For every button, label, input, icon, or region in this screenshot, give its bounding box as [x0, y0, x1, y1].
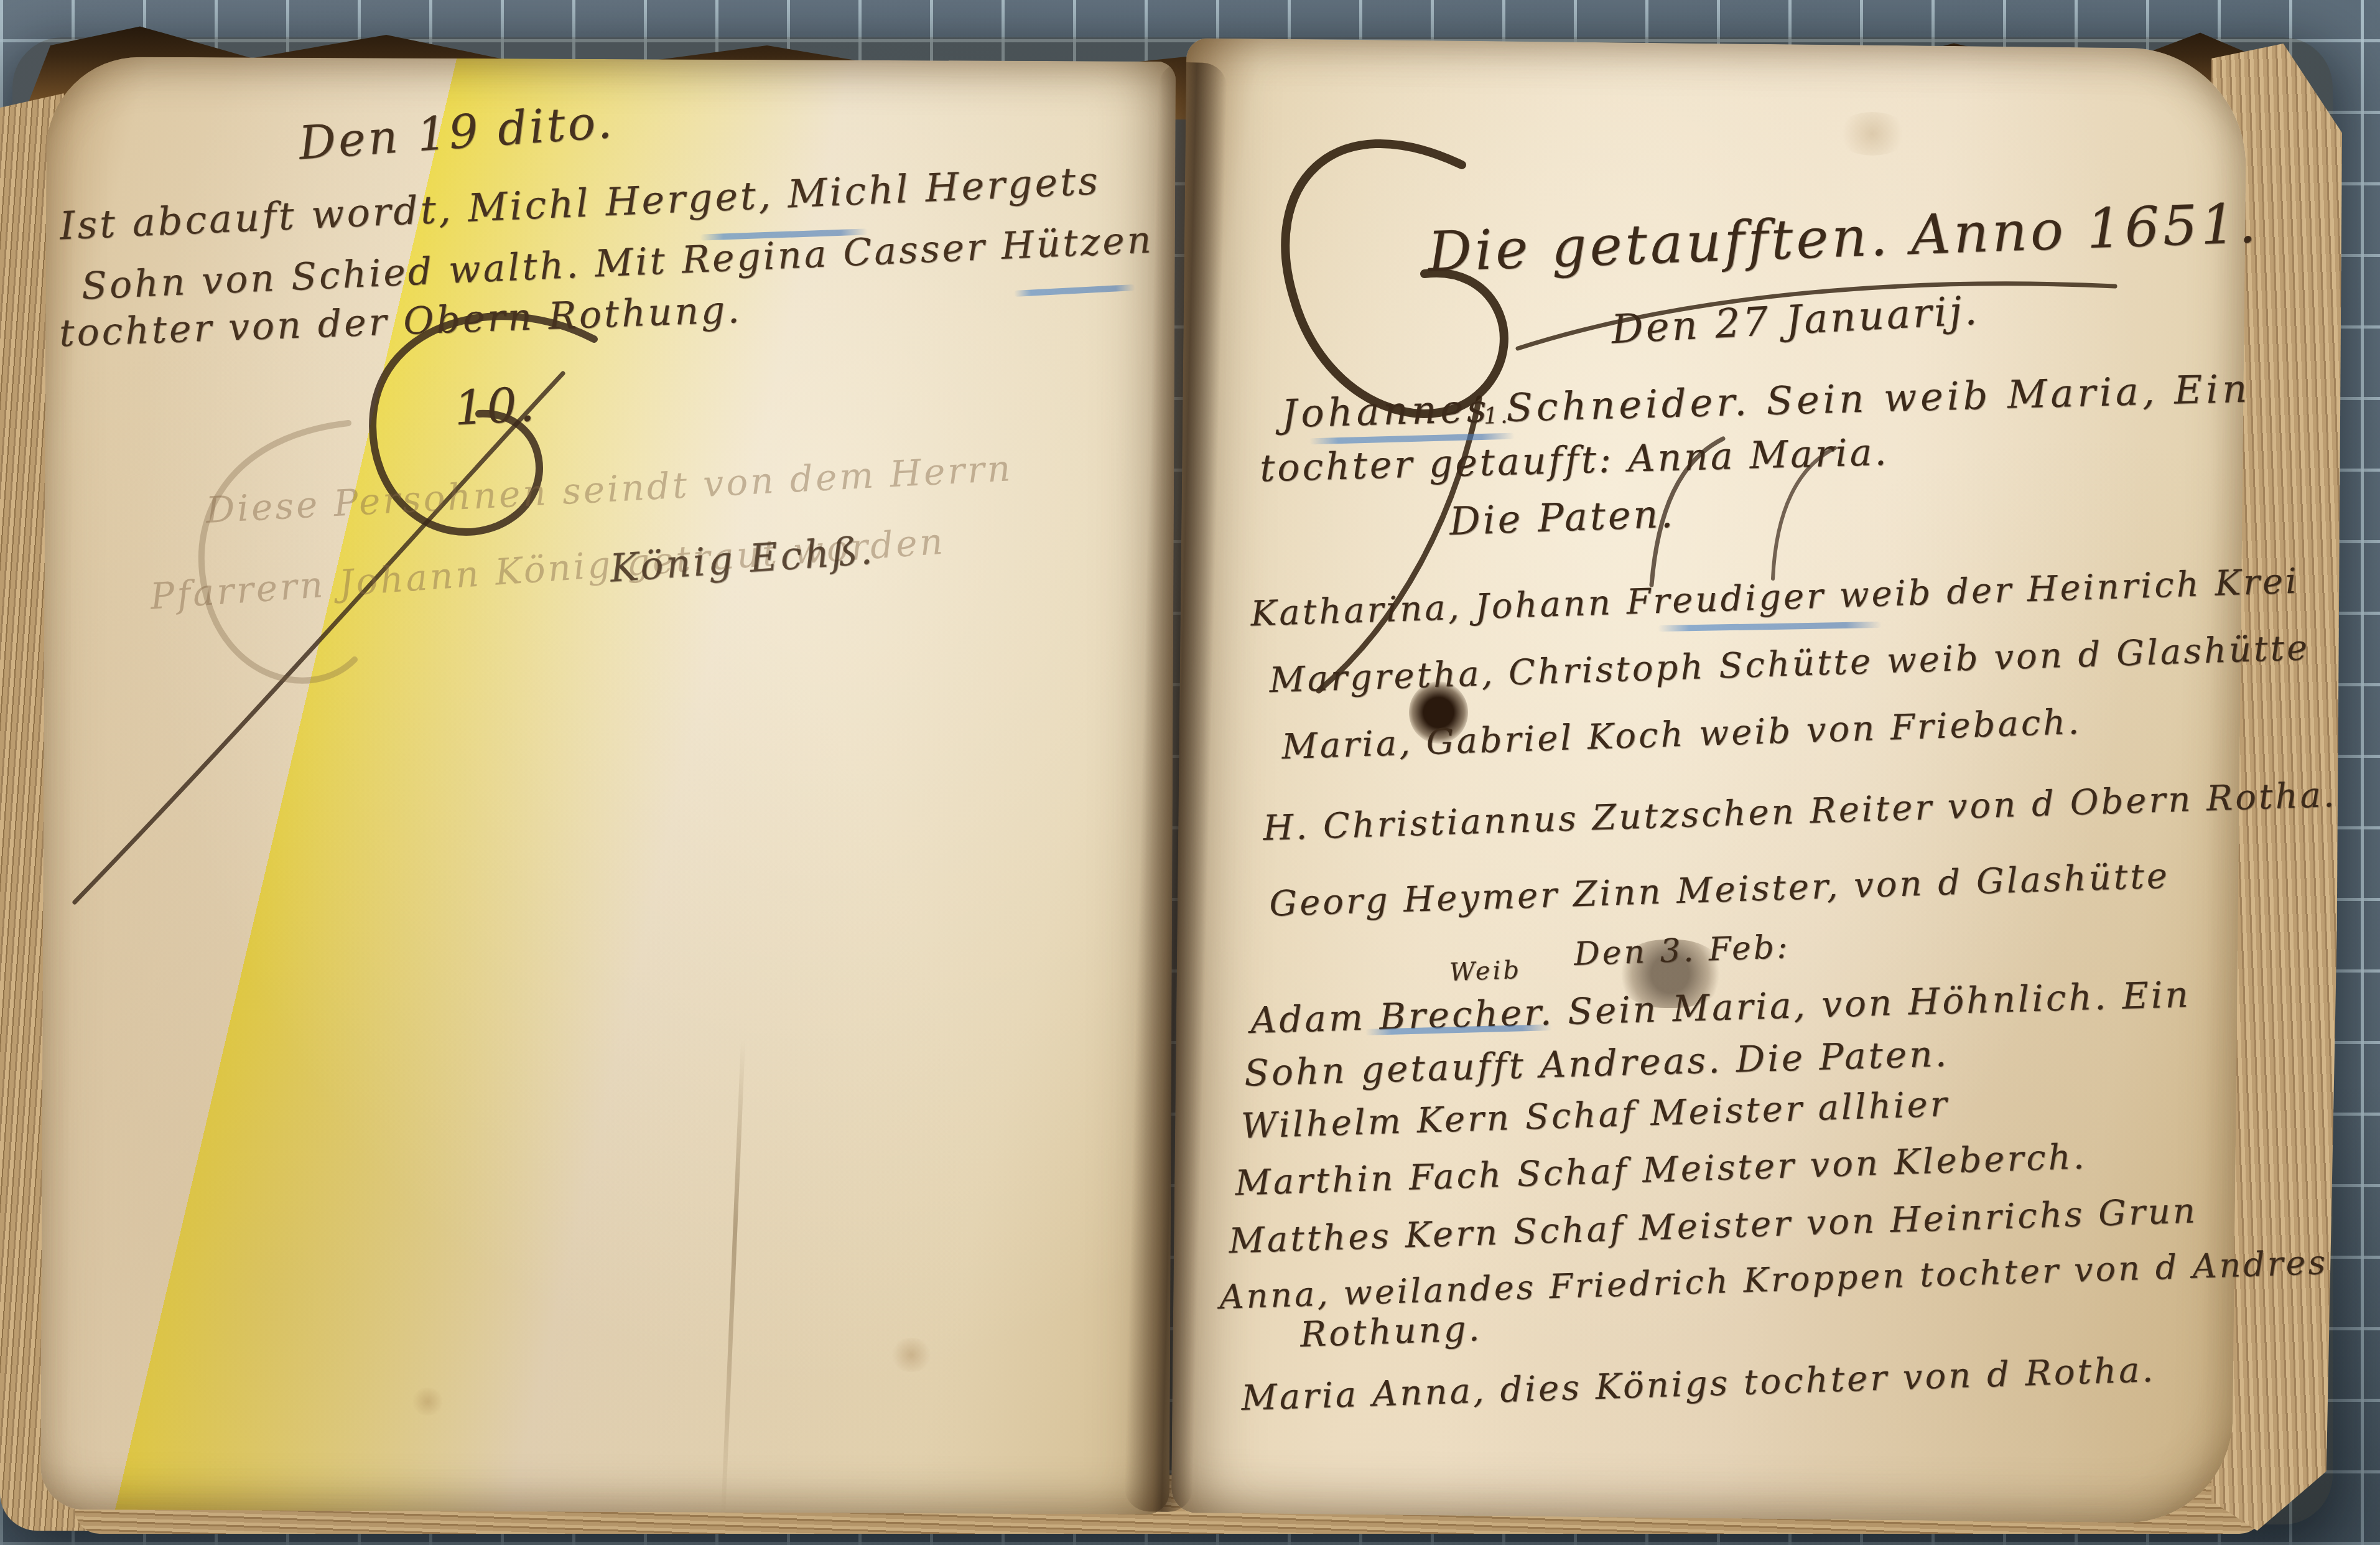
left-overwrite-fragment: König Echß. [608, 527, 876, 591]
left-faded-line-1: Diese Persohnen seindt von dem Herrn [205, 447, 1014, 531]
entry1-line-1: Johannes Schneider. Sein weib Maria, Ein [1281, 366, 2251, 437]
right-title: Die getaufften. Anno 1651. [1427, 191, 2260, 284]
entry1-date: Den 27 Januarij. [1610, 288, 1980, 353]
entry2-paten-1: Wilhelm Kern Schaf Meister allhier [1240, 1084, 1950, 1147]
entry2-paten-6: Maria Anna, dies Königs tochter von d Ro… [1240, 1350, 2156, 1419]
entry1-insertion-mark: 1. [1483, 403, 1510, 429]
entry1-paten-3: Maria, Gabriel Koch weib von Friebach. [1281, 702, 2082, 767]
entry2-paten-2: Marthin Fach Schaf Meister von Kleberch. [1234, 1137, 2087, 1204]
entry1-paten-heading: Die Paten. [1449, 491, 1676, 544]
folio-number: 10. [453, 376, 538, 436]
entry1-paten-5: Georg Heymer Zinn Meister, von d Glashüt… [1268, 856, 2170, 924]
entry2-insertion: Weib [1449, 956, 1522, 987]
left-heading: Den 19 dito. [297, 95, 616, 170]
entry2-paten-5: Rothung. [1299, 1309, 1482, 1355]
entry2-line-2: Sohn getaufft Andreas. Die Paten. [1243, 1032, 1950, 1095]
entry1-paten-4: H. Christiannus Zutzschen Reiter von d O… [1262, 775, 2337, 849]
entry1-paten-2: Margretha, Christoph Schütte weib von d … [1268, 628, 2310, 701]
manuscript-text: Den 19 dito. Ist abcauft wordt, Michl He… [0, 0, 2380, 1545]
entry2-date: Den 3. Feb: [1573, 928, 1790, 973]
